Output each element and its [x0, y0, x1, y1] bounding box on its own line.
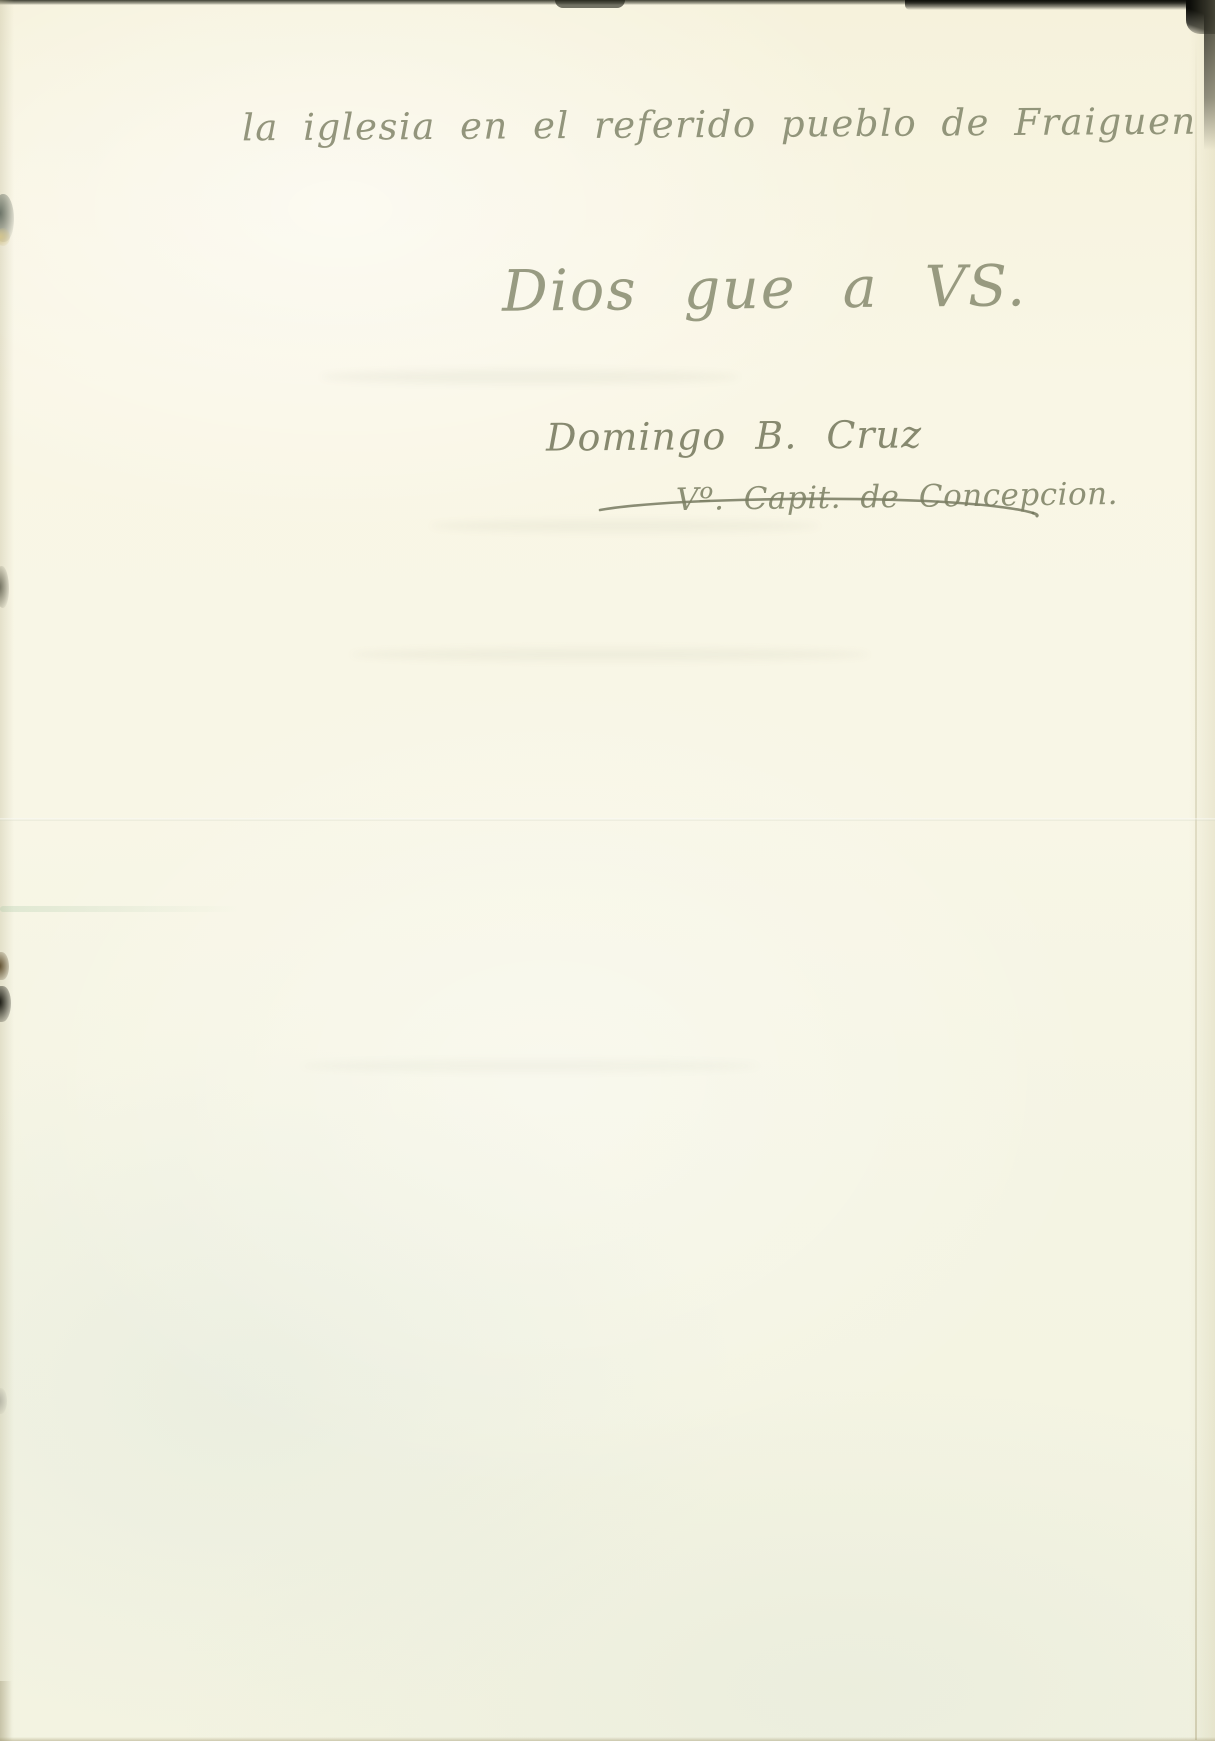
- left-binding-mark: [0, 194, 14, 242]
- bottom-left-corner-shadow: [0, 1681, 12, 1741]
- handwritten-signature-title: Vº. Capit. de Concepcion.: [676, 476, 1118, 518]
- handwritten-valediction: Dios gue a VS.: [502, 253, 1028, 324]
- handwritten-line-iglesia: la iglesia en el referido pueblo de Frai…: [242, 100, 1197, 150]
- ink-bleedthrough-smudge: [300, 1060, 760, 1072]
- left-binding-mark: [0, 952, 9, 980]
- top-right-corner-shadow: [1186, 0, 1215, 34]
- green-stain-line: [0, 906, 240, 912]
- ink-bleedthrough-smudge: [350, 648, 870, 661]
- bottom-edge-shadow: [0, 1737, 1215, 1741]
- left-binding-mark: [0, 566, 9, 608]
- left-binding-mark: [0, 986, 11, 1022]
- top-right-edge-shadow: [905, 0, 1215, 10]
- right-edge-shadow: [1204, 0, 1215, 150]
- horizontal-fold-crease: [0, 818, 1215, 821]
- left-binding-mark: [0, 1388, 7, 1414]
- right-edge-shading: [1189, 0, 1215, 1741]
- left-binding-mark: [0, 228, 10, 246]
- ink-bleedthrough-smudge: [320, 370, 740, 384]
- manuscript-page: la iglesia en el referido pueblo de Frai…: [0, 0, 1215, 1741]
- left-edge-shading: [0, 0, 14, 1741]
- top-edge-shadow: [0, 0, 1215, 5]
- right-paper-crease: [1195, 40, 1197, 1740]
- ink-bleedthrough-smudge: [430, 520, 820, 532]
- handwritten-signature: Domingo B. Cruz: [546, 412, 922, 459]
- top-edge-mark: [555, 0, 625, 8]
